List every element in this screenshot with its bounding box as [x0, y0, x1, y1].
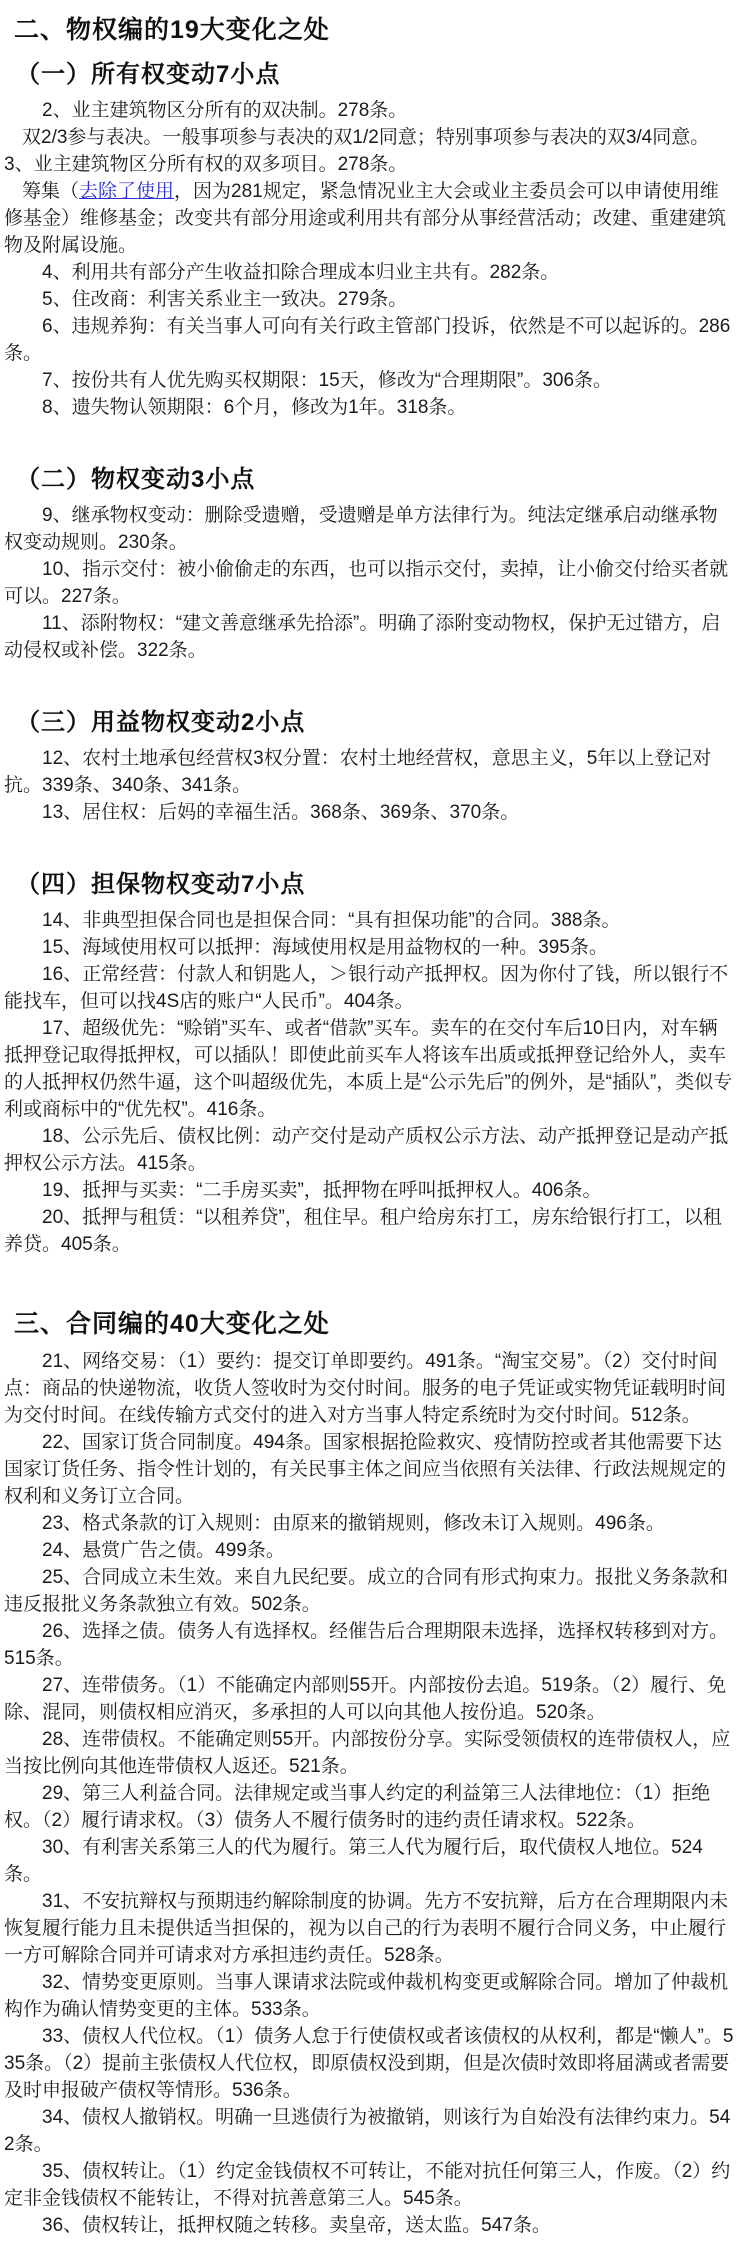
paragraph: 17、超级优先：“赊销”买车、或者“借款”买车。卖车的在交付车后10日内，对车辆… [4, 1015, 734, 1123]
paragraph: 23、格式条款的订入规则：由原来的撤销规则，修改未订入规则。496条。 [4, 1510, 734, 1537]
paragraph: 30、有利害关系第三人的代为履行。第三人代为履行后，取代债权人地位。524条。 [4, 1834, 734, 1888]
paragraph: 20、抵押与租赁：“以租养贷”，租住早。租户给房东打工，房东给银行打工，以租养贷… [4, 1204, 734, 1258]
paragraph: 16、正常经营：付款人和钥匙人，＞银行动产抵押权。因为你付了钱，所以银行不能找车… [4, 961, 734, 1015]
paragraph: 15、海域使用权可以抵押：海域使用权是用益物权的一种。395条。 [4, 934, 734, 961]
paragraph: 27、连带债务。（1）不能确定内部则55开。内部按份去追。519条。（2）履行、… [4, 1672, 734, 1726]
paragraph: 双2/3参与表决。一般事项参与表决的双1/2同意；特别事项参与表决的双3/4同意… [4, 124, 734, 178]
document-page: 二、物权编的19大变化之处（一）所有权变动7小点2、业主建筑物区分所有的双决制。… [0, 0, 738, 2257]
chapter-title: 二、物权编的19大变化之处 [14, 10, 734, 46]
paragraph: 11、添附物权：“建文善意继承先拾添”。明确了添附变动物权，保护无过错方，启动侵… [4, 610, 734, 664]
paragraph: 36、债权转让，抵押权随之转移。卖皇帝，送太监。547条。 [4, 2212, 734, 2239]
paragraph: 33、债权人代位权。（1）债务人怠于行使债权或者该债权的从权利，都是“懒人”。5… [4, 2023, 734, 2104]
paragraph: 12、农村土地承包经营权3权分置：农村土地经营权，意思主义，5年以上登记对抗。3… [4, 745, 734, 799]
paragraph: 28、连带债权。不能确定则55开。内部按份分享。实际受领债权的连带债权人，应当按… [4, 1726, 734, 1780]
paragraph: 34、债权人撤销权。明确一旦逃债行为被撤销，则该行为自始没有法律约束力。542条… [4, 2104, 734, 2158]
paragraph-text: 筹集（ [22, 181, 79, 202]
paragraph: 25、合同成立未生效。来自九民纪要。成立的合同有形式拘束力。报批义务条款和违反报… [4, 1564, 734, 1618]
paragraph: 筹集（去除了使用，因为281规定，紧急情况业主大会或业主委员会可以申请使用维修基… [4, 178, 734, 259]
paragraph: 26、选择之债。债务人有选择权。经催告后合理期限未选择，选择权转移到对方。515… [4, 1618, 734, 1672]
paragraph: 31、不安抗辩权与预期违约解除制度的协调。先方不安抗辩，后方在合理期限内未恢复履… [4, 1888, 734, 1969]
paragraph: 21、网络交易：（1）要约：提交订单即要约。491条。“淘宝交易”。（2）交付时… [4, 1348, 734, 1429]
paragraph: 22、国家订货合同制度。494条。国家根据抢险救灾、疫情防控或者其他需要下达国家… [4, 1429, 734, 1510]
section-title: （四）担保物权变动7小点 [16, 864, 734, 899]
chapter-title: 三、合同编的40大变化之处 [14, 1304, 734, 1340]
paragraph: 2、业主建筑物区分所有的双决制。278条。 [4, 97, 734, 124]
document-body: 二、物权编的19大变化之处（一）所有权变动7小点2、业主建筑物区分所有的双决制。… [4, 10, 734, 2239]
paragraph: 35、债权转让。（1）约定金钱债权不可转让，不能对抗任何第三人，作废。（2）约定… [4, 2158, 734, 2212]
section-title: （一）所有权变动7小点 [16, 54, 734, 89]
paragraph: 32、情势变更原则。当事人课请求法院或仲裁机构变更或解除合同。增加了仲裁机构作为… [4, 1969, 734, 2023]
section-title: （三）用益物权变动2小点 [16, 702, 734, 737]
paragraph: 4、利用共有部分产生收益扣除合理成本归业主共有。282条。 [4, 259, 734, 286]
paragraph: 24、悬赏广告之债。499条。 [4, 1537, 734, 1564]
paragraph: 6、违规养狗：有关当事人可向有关行政主管部门投诉，依然是不可以起诉的。286条。 [4, 313, 734, 367]
paragraph: 5、住改商：利害关系业主一致决。279条。 [4, 286, 734, 313]
section-title: （二）物权变动3小点 [16, 459, 734, 494]
paragraph: 19、抵押与买卖：“二手房买卖”，抵押物在呼叫抵押权人。406条。 [4, 1177, 734, 1204]
paragraph: 13、居住权：后妈的幸福生活。368条、369条、370条。 [4, 799, 734, 826]
paragraph: 7、按份共有人优先购买权期限：15天，修改为“合理期限”。306条。 [4, 367, 734, 394]
removed-use-link[interactable]: 去除了使用 [79, 181, 174, 202]
paragraph: 10、指示交付：被小偷偷走的东西，也可以指示交付，卖掉，让小偷交付给买者就可以。… [4, 556, 734, 610]
paragraph: 14、非典型担保合同也是担保合同：“具有担保功能”的合同。388条。 [4, 907, 734, 934]
paragraph: 8、遗失物认领期限：6个月，修改为1年。318条。 [4, 394, 734, 421]
paragraph: 29、第三人利益合同。法律规定或当事人约定的利益第三人法律地位：（1）拒绝权。（… [4, 1780, 734, 1834]
paragraph: 18、公示先后、债权比例：动产交付是动产质权公示方法、动产抵押登记是动产抵押权公… [4, 1123, 734, 1177]
paragraph: 9、继承物权变动：删除受遗赠，受遗赠是单方法律行为。纯法定继承启动继承物权变动规… [4, 502, 734, 556]
